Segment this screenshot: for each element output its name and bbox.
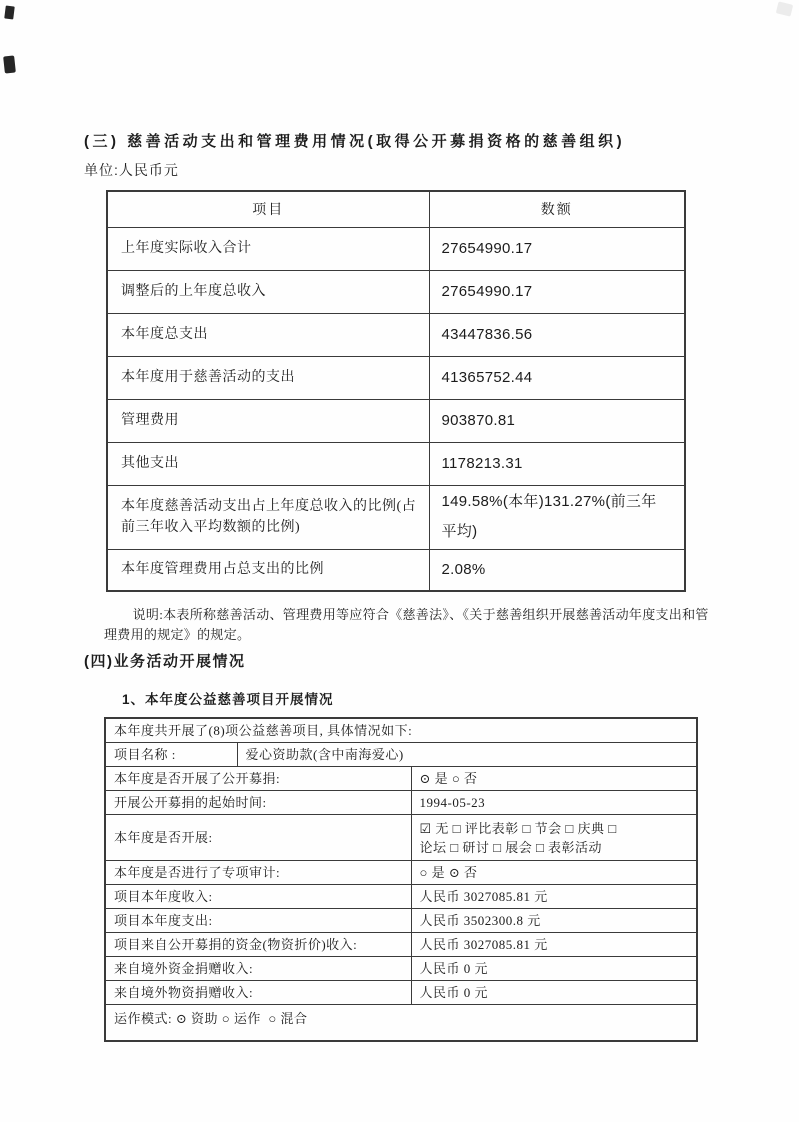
- project-name-value: 爱心资助款(含中南海爱心): [237, 743, 697, 767]
- row-label: 管理费用: [107, 399, 429, 442]
- table-row: 项目本年度支出: 人民币 3502300.8 元: [105, 909, 697, 933]
- document-page: (三) 慈善活动支出和管理费用情况(取得公开募捐资格的慈善组织) 单位:人民币元…: [0, 0, 799, 1122]
- column-header-item: 项目: [107, 191, 429, 227]
- table-row: 项目本年度收入: 人民币 3027085.81 元: [105, 885, 697, 909]
- row-label: 本年度管理费用占总支出的比例: [107, 549, 429, 591]
- scan-artifact: [776, 1, 793, 16]
- start-date-value: 1994-05-23: [411, 791, 697, 815]
- table-row: 来自境外资金捐赠收入: 人民币 0 元: [105, 957, 697, 981]
- table-row: 本年度是否进行了专项审计: ○ 是 ⊙ 否: [105, 861, 697, 885]
- section3-title: (三) 慈善活动支出和管理费用情况(取得公开募捐资格的慈善组织): [84, 131, 732, 153]
- row-amount: 27654990.17: [429, 227, 685, 270]
- row-label: 来自境外物资捐赠收入:: [105, 981, 411, 1005]
- row-label: 开展公开募捐的起始时间:: [105, 791, 411, 815]
- special-audit-radio-group: ○ 是 ⊙ 否: [411, 861, 697, 885]
- table-note: 说明:本表所称慈善活动、管理费用等应符合《慈善法》、《关于慈善组织开展慈善活动年…: [104, 605, 712, 645]
- table-row: 管理费用 903870.81: [107, 399, 685, 442]
- row-label: 项目来自公开募捐的资金(物资折价)收入:: [105, 933, 411, 957]
- table-row: 本年度是否开展: ☑ 无 □ 评比表彰 □ 节会 □ 庆典 □ 论坛 □ 研讨 …: [105, 815, 697, 861]
- table-row: 本年度共开展了(8)项公益慈善项目, 具体情况如下:: [105, 718, 697, 743]
- section4-title: (四)业务活动开展情况: [84, 650, 246, 671]
- row-value: 人民币 3027085.81 元: [411, 885, 697, 909]
- row-amount: 1178213.31: [429, 442, 685, 485]
- row-value: 人民币 0 元: [411, 981, 697, 1005]
- column-header-amount: 数额: [429, 191, 685, 227]
- row-value: 人民币 3027085.81 元: [411, 933, 697, 957]
- table-row: 来自境外物资捐赠收入: 人民币 0 元: [105, 981, 697, 1005]
- row-amount: 903870.81: [429, 399, 685, 442]
- row-label: 调整后的上年度总收入: [107, 270, 429, 313]
- row-label: 项目本年度收入:: [105, 885, 411, 909]
- table-row: 上年度实际收入合计 27654990.17: [107, 227, 685, 270]
- table-row: 本年度慈善活动支出占上年度总收入的比例(占前三年收入平均数额的比例) 149.5…: [107, 485, 685, 549]
- row-label: 上年度实际收入合计: [107, 227, 429, 270]
- row-amount: 2.08%: [429, 549, 685, 591]
- table-row: 本年度是否开展了公开募捐: ⊙ 是 ○ 否: [105, 767, 697, 791]
- project-summary: 本年度共开展了(8)项公益慈善项目, 具体情况如下:: [105, 718, 697, 743]
- project-table: 本年度共开展了(8)项公益慈善项目, 具体情况如下: 项目名称 : 爱心资助款(…: [104, 717, 698, 1042]
- table-row: 运作模式: ⊙ 资助 ○ 运作 ○ 混合: [105, 1005, 697, 1041]
- row-label: 本年度总支出: [107, 313, 429, 356]
- table-header-row: 项目 数额: [107, 191, 685, 227]
- table-row: 本年度用于慈善活动的支出 41365752.44: [107, 356, 685, 399]
- row-label: 本年度是否进行了专项审计:: [105, 861, 411, 885]
- row-label: 来自境外资金捐赠收入:: [105, 957, 411, 981]
- row-label: 项目本年度支出:: [105, 909, 411, 933]
- scan-artifact: [3, 55, 16, 73]
- row-amount: 27654990.17: [429, 270, 685, 313]
- row-label: 本年度是否开展:: [105, 815, 411, 861]
- table-row: 本年度管理费用占总支出的比例 2.08%: [107, 549, 685, 591]
- table-row: 调整后的上年度总收入 27654990.17: [107, 270, 685, 313]
- row-value: 人民币 3502300.8 元: [411, 909, 697, 933]
- row-label: 本年度用于慈善活动的支出: [107, 356, 429, 399]
- activity-type-checkbox-group: ☑ 无 □ 评比表彰 □ 节会 □ 庆典 □ 论坛 □ 研讨 □ 展会 □ 表彰…: [411, 815, 697, 861]
- public-fundraising-radio-group: ⊙ 是 ○ 否: [411, 767, 697, 791]
- scan-artifact: [4, 6, 15, 20]
- table-row: 开展公开募捐的起始时间: 1994-05-23: [105, 791, 697, 815]
- row-label: 其他支出: [107, 442, 429, 485]
- row-amount: 41365752.44: [429, 356, 685, 399]
- row-amount: 43447836.56: [429, 313, 685, 356]
- project-name-label: 项目名称 :: [105, 743, 237, 767]
- operation-mode-radio-group: 运作模式: ⊙ 资助 ○ 运作 ○ 混合: [105, 1005, 697, 1041]
- unit-label: 单位:人民币元: [84, 160, 179, 180]
- row-label: 本年度慈善活动支出占上年度总收入的比例(占前三年收入平均数额的比例): [107, 485, 429, 549]
- table-row: 本年度总支出 43447836.56: [107, 313, 685, 356]
- row-amount: 149.58%(本年)131.27%(前三年 平均): [429, 485, 685, 549]
- row-value: 人民币 0 元: [411, 957, 697, 981]
- row-label: 本年度是否开展了公开募捐:: [105, 767, 411, 791]
- table-row: 项目来自公开募捐的资金(物资折价)收入: 人民币 3027085.81 元: [105, 933, 697, 957]
- table-row: 项目名称 : 爱心资助款(含中南海爱心): [105, 743, 697, 767]
- subsection1-title: 1、本年度公益慈善项目开展情况: [122, 688, 334, 708]
- expense-table: 项目 数额 上年度实际收入合计 27654990.17 调整后的上年度总收入 2…: [106, 190, 686, 592]
- table-row: 其他支出 1178213.31: [107, 442, 685, 485]
